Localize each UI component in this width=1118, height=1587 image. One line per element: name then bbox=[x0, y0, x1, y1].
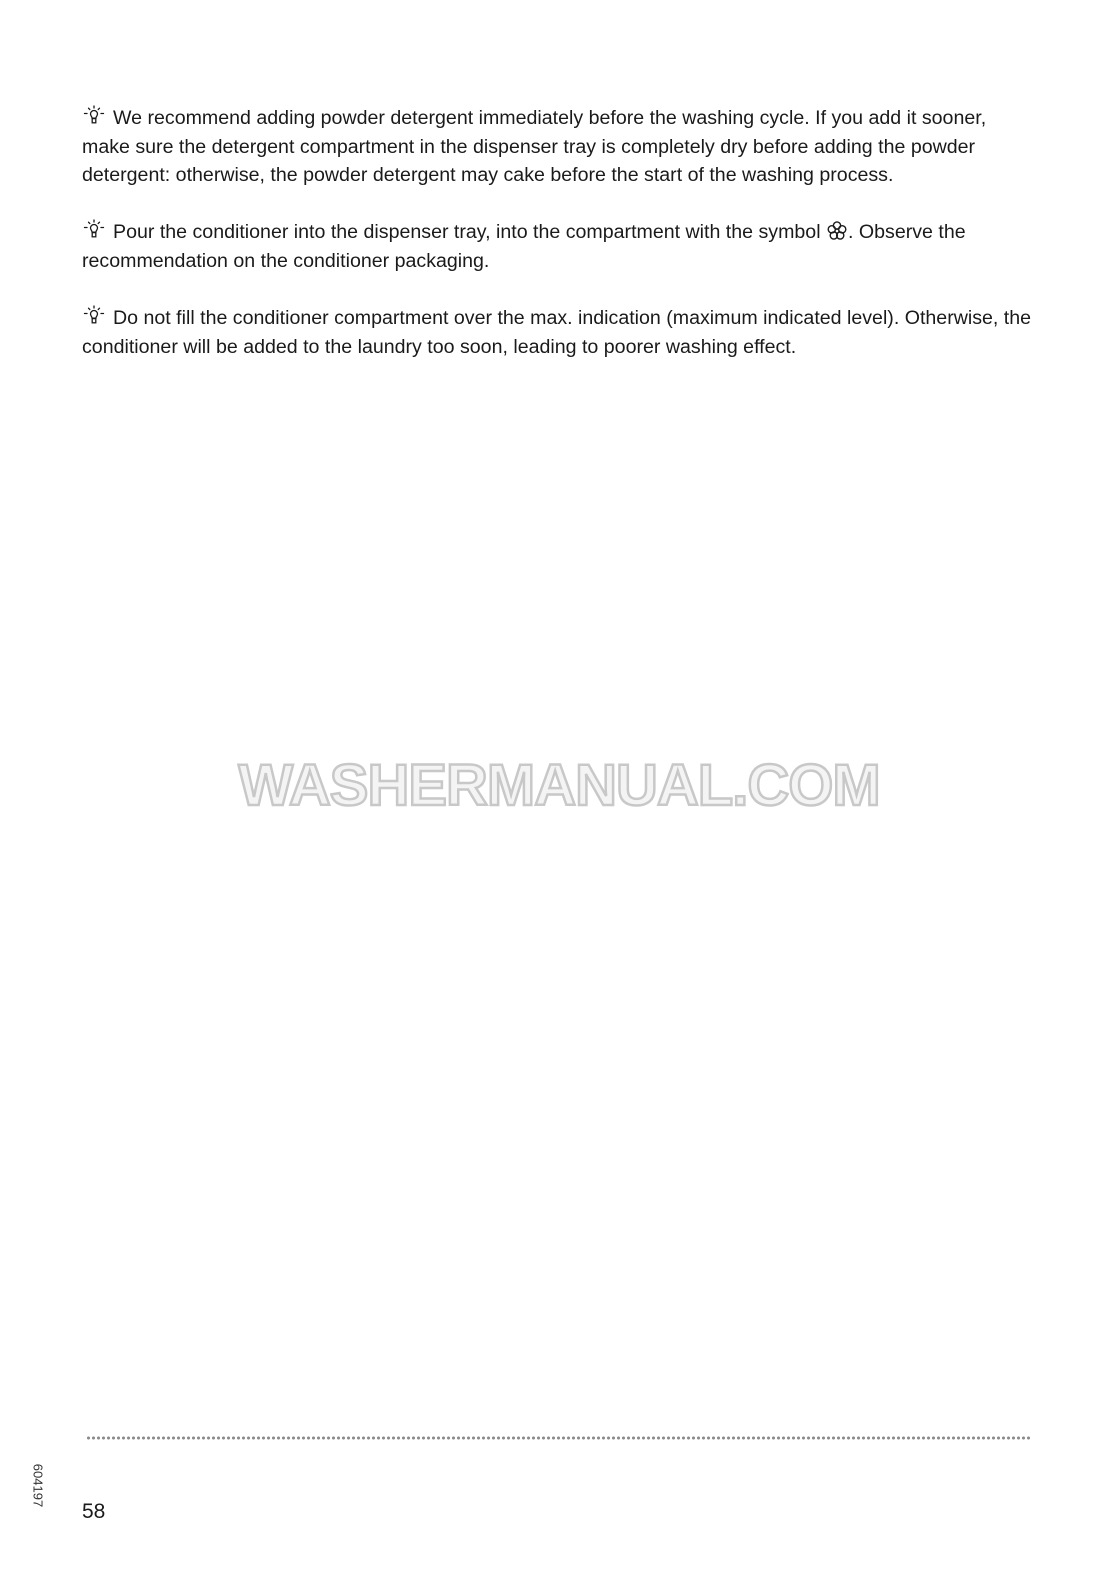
flower-icon bbox=[826, 220, 848, 242]
page-number: 58 bbox=[82, 1500, 105, 1524]
tip-text-before-symbol: Pour the conditioner into the dispenser … bbox=[113, 221, 826, 243]
document-code: 604197 bbox=[26, 1462, 46, 1512]
tip-conditioner-pour: Pour the conditioner into the dispenser … bbox=[82, 218, 1032, 275]
tip-text: Do not fill the conditioner compartment … bbox=[82, 307, 1031, 358]
tip-conditioner-max: Do not fill the conditioner compartment … bbox=[82, 304, 1032, 361]
tip-powder-detergent: We recommend adding powder detergent imm… bbox=[82, 104, 1032, 190]
footer-dotted-divider bbox=[86, 1436, 1032, 1440]
document-code-text: 604197 bbox=[31, 1461, 46, 1511]
tip-text: We recommend adding powder detergent imm… bbox=[82, 107, 986, 186]
lightbulb-icon bbox=[82, 219, 106, 241]
lightbulb-icon bbox=[82, 105, 106, 127]
tips-section: We recommend adding powder detergent imm… bbox=[82, 104, 1032, 390]
lightbulb-icon bbox=[82, 305, 106, 327]
watermark: WASHERMANUAL.COM bbox=[0, 752, 1118, 819]
